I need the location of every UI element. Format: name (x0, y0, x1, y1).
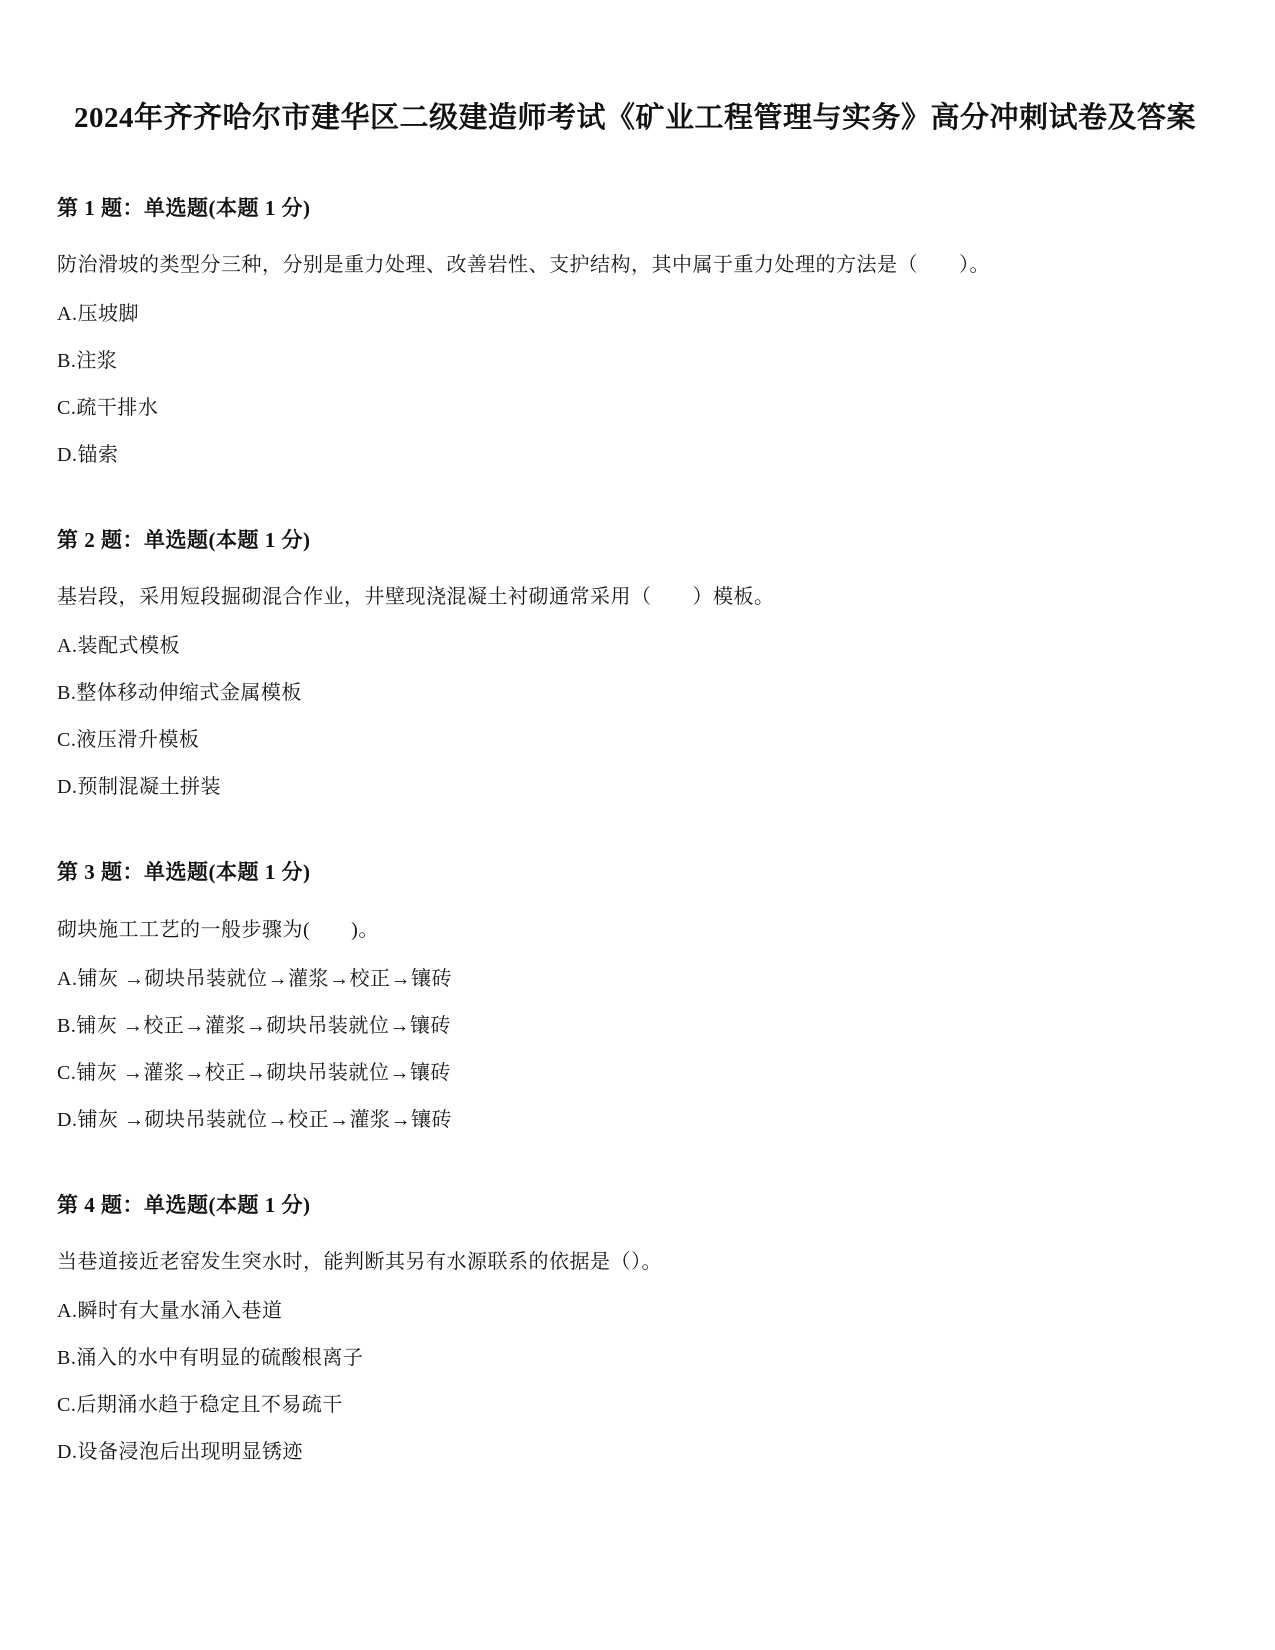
question-1-option-b: B.注浆 (57, 347, 1213, 376)
question-4-stem: 当巷道接近老窑发生突水时，能判断其另有水源联系的依据是（）。 (57, 1248, 1213, 1277)
question-4-option-d: D.设备浸泡后出现明显锈迹 (57, 1438, 1213, 1467)
question-1-header: 第 1 题：单选题(本题 1 分) (57, 194, 1213, 223)
question-2-option-b: B.整体移动伸缩式金属模板 (57, 679, 1213, 708)
question-block-2: 第 2 题：单选题(本题 1 分) 基岩段，采用短段掘砌混合作业，井壁现浇混凝土… (57, 526, 1213, 802)
question-2-stem: 基岩段，采用短段掘砌混合作业，井壁现浇混凝土衬砌通常采用（ ）模板。 (57, 583, 1213, 612)
question-2-option-a: A.装配式模板 (57, 632, 1213, 661)
question-1-option-a: A.压坡脚 (57, 300, 1213, 329)
question-3-header: 第 3 题：单选题(本题 1 分) (57, 858, 1213, 887)
question-block-3: 第 3 题：单选题(本题 1 分) 砌块施工工艺的一般步骤为( )。 A.铺灰 … (57, 858, 1213, 1134)
question-3-stem: 砌块施工工艺的一般步骤为( )。 (57, 916, 1213, 945)
question-1-option-c: C.疏干排水 (57, 394, 1213, 423)
question-3-option-d: D.铺灰 →砌块吊装就位→校正→灌浆→镶砖 (57, 1106, 1213, 1135)
document-title: 2024年齐齐哈尔市建华区二级建造师考试《矿业工程管理与实务》高分冲刺试卷及答案 (57, 100, 1213, 138)
question-1-option-d: D.锚索 (57, 441, 1213, 470)
question-4-option-a: A.瞬时有大量水涌入巷道 (57, 1297, 1213, 1326)
question-4-header: 第 4 题：单选题(本题 1 分) (57, 1191, 1213, 1220)
question-2-option-c: C.液压滑升模板 (57, 726, 1213, 755)
question-block-1: 第 1 题：单选题(本题 1 分) 防治滑坡的类型分三种，分别是重力处理、改善岩… (57, 194, 1213, 470)
question-3-option-a: A.铺灰 →砌块吊装就位→灌浆→校正→镶砖 (57, 965, 1213, 994)
exam-document-page: 2024年齐齐哈尔市建华区二级建造师考试《矿业工程管理与实务》高分冲刺试卷及答案… (0, 0, 1275, 1650)
question-4-option-b: B.涌入的水中有明显的硫酸根离子 (57, 1344, 1213, 1373)
question-1-stem: 防治滑坡的类型分三种，分别是重力处理、改善岩性、支护结构，其中属于重力处理的方法… (57, 251, 1213, 280)
question-4-option-c: C.后期涌水趋于稳定且不易疏干 (57, 1391, 1213, 1420)
question-2-header: 第 2 题：单选题(本题 1 分) (57, 526, 1213, 555)
question-3-option-c: C.铺灰 →灌浆→校正→砌块吊装就位→镶砖 (57, 1059, 1213, 1088)
question-3-option-b: B.铺灰 →校正→灌浆→砌块吊装就位→镶砖 (57, 1012, 1213, 1041)
question-block-4: 第 4 题：单选题(本题 1 分) 当巷道接近老窑发生突水时，能判断其另有水源联… (57, 1191, 1213, 1467)
question-2-option-d: D.预制混凝土拼装 (57, 773, 1213, 802)
